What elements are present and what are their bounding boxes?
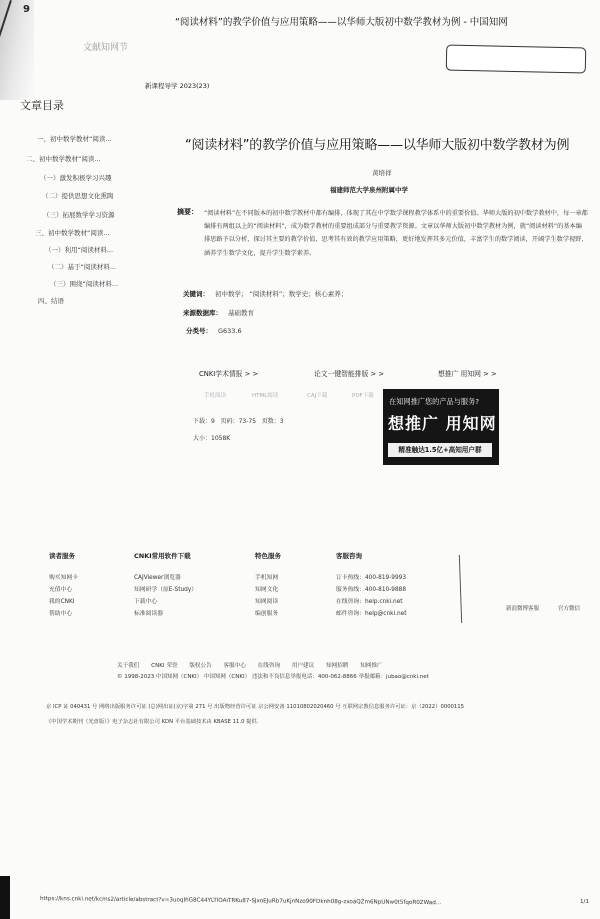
toc-item[interactable]: 四、结语	[38, 296, 64, 305]
toc-item[interactable]: （二）基于“阅读材料...	[48, 262, 116, 271]
bottom-link[interactable]: CNKI 荣誉	[151, 663, 177, 669]
cnki-info-link[interactable]: CNKI学术情报 > >	[199, 368, 258, 378]
nav-knowledge-node[interactable]: 文献知网节	[83, 40, 128, 53]
database-label: 来源数据库：	[183, 309, 222, 317]
footer-link[interactable]: 购买知网卡	[49, 572, 78, 584]
classification-row: 分类号：G633.6	[186, 326, 242, 335]
page-range: 73-75	[239, 418, 256, 425]
kdn-notice: 《中国学术期刊（光盘版）》电子杂志社有限公司 KDN 平台基础技术由 KBASE…	[46, 717, 258, 725]
downloads-count: 9	[211, 418, 215, 425]
footer-link[interactable]: 在线咨询：help.cnki.net	[336, 596, 407, 608]
bottom-link[interactable]: 知网推广	[360, 663, 382, 669]
footer-featured: 特色服务 手机知网 知网文化 知网阅读 编创服务	[255, 551, 281, 620]
bottom-link[interactable]: 知网招聘	[326, 663, 348, 669]
keywords[interactable]: 初中数学； “阅读材料”；数学史；核心素养；	[215, 290, 347, 298]
toc-item[interactable]: （三）围绕“阅读材料...	[50, 279, 118, 288]
toc-item[interactable]: 三、初中数学教材“阅读...	[35, 228, 110, 237]
abstract-text: “阅读材料”在不同版本的初中数学教材中都有编排，体现了其在中学数学课程教学体系中…	[204, 207, 588, 260]
ad-tagline: 精准触达1.5亿+高知用户群	[388, 443, 492, 457]
footer-link[interactable]: 邮件咨询：help@cnki.net	[336, 608, 407, 620]
bottom-link[interactable]: 版权公告	[189, 663, 211, 669]
bottom-link[interactable]: 在线咨询	[258, 663, 280, 669]
toc-item[interactable]: （二）提供思想文化熏陶	[42, 191, 114, 200]
article-title: “阅读材料”的教学价值与应用策略——以华师大版初中数学教材为例	[185, 134, 569, 153]
bottom-link[interactable]: 关于我们	[117, 663, 139, 669]
classification-value: G633.6	[218, 327, 242, 335]
footer-link[interactable]: 标准阅读器	[134, 608, 197, 620]
toc-item[interactable]: （三）拓展数学学习资源	[43, 210, 115, 219]
ad-headline: 想推广 用知网	[388, 411, 497, 434]
print-url: https://kns.cnki.net/kcms2/article/abstr…	[40, 896, 441, 906]
affiliation-link[interactable]: 福建师范大学泉州附属中学	[330, 185, 408, 194]
caj-download-button[interactable]: CAJ下载	[307, 391, 327, 399]
footer-reader-services: 读者服务 购买知网卡 充值中心 我的CNKI 帮助中心	[49, 551, 78, 620]
html-read-button[interactable]: HTML阅读	[252, 391, 278, 399]
page-count: 3	[280, 418, 284, 425]
wechat-link[interactable]: 官方微信	[558, 604, 580, 612]
weibo-link[interactable]: 新浪微博客服	[506, 604, 539, 612]
typesetting-link[interactable]: 论文一键智能排版 > >	[314, 368, 384, 378]
keywords-row: 关键词：初中数学； “阅读材料”；数学史；核心素养；	[183, 289, 347, 298]
footer-link[interactable]: 服务热线：400-810-9888	[336, 584, 407, 596]
classification-label: 分类号：	[186, 327, 212, 335]
footer-link[interactable]: 编创服务	[255, 608, 281, 620]
author-link[interactable]: 黄培祥	[372, 168, 392, 177]
footer-link[interactable]: 订卡热线：400-819-9993	[336, 572, 407, 584]
footer-support: 客服咨询 订卡热线：400-819-9993 服务热线：400-810-9888…	[336, 551, 407, 620]
footer-link[interactable]: 知网阅读	[255, 596, 281, 608]
footer-link[interactable]: 下载中心	[134, 596, 197, 608]
footer-link[interactable]: 知网研学（原E-Study）	[134, 584, 197, 596]
footer-link[interactable]: 帮助中心	[49, 608, 78, 620]
mobile-read-button[interactable]: 手机阅读	[204, 391, 226, 399]
footer-link[interactable]: 知网文化	[255, 584, 281, 596]
file-size: 大小：1058K	[193, 433, 230, 442]
scan-page-number: 9	[23, 4, 30, 15]
database-value: 基础教育	[228, 309, 254, 317]
article-stats: 下载：9 页码：73-75 页数：3	[193, 416, 284, 425]
copyright: © 1998-2023 中国知网（CNKI） 中国知网（CNKI） 违法和不良信…	[117, 672, 429, 680]
journal-issue[interactable]: 新课程导学 2023(23)	[145, 81, 209, 90]
browser-title: “阅读材料”的教学价值与应用策略——以华师大版初中数学教材为例 - 中国知网	[175, 14, 508, 28]
footer-link[interactable]: 充值中心	[49, 584, 78, 596]
scan-bottom-shadow	[0, 876, 10, 919]
toc-title: 文章目录	[20, 97, 64, 113]
abstract-label: 摘要：	[177, 207, 198, 217]
icp-license: 京 ICP 证 040431 号 网络出版服务许可证 (总)网出证(京)字第 2…	[46, 702, 464, 710]
toc-item[interactable]: （一）利用“阅读材料...	[45, 245, 113, 254]
bottom-link[interactable]: 客服中心	[224, 663, 246, 669]
toc-item[interactable]: （一）激发积极学习兴趣	[40, 173, 112, 182]
promote-link[interactable]: 想推广 用知网 > >	[438, 368, 497, 378]
footer-software: CNKI常用软件下载 CAJViewer浏览器 知网研学（原E-Study） 下…	[134, 551, 197, 620]
search-input[interactable]	[446, 45, 587, 74]
toc-item[interactable]: 一、初中数学教材“阅读...	[37, 134, 112, 143]
footer-link[interactable]: 手机知网	[255, 572, 281, 584]
bottom-links: 关于我们 CNKI 荣誉 版权公告 客服中心 在线咨询 用户建议 知网招聘 知网…	[117, 661, 393, 669]
ad-banner[interactable]: 在知网推广您的产品与服务? 想推广 用知网 精准触达1.5亿+高知用户群	[383, 389, 499, 465]
pdf-download-button[interactable]: PDF下载	[352, 391, 374, 399]
footer-divider	[459, 555, 462, 623]
footer-link[interactable]: CAJViewer浏览器	[134, 572, 197, 584]
toc-item[interactable]: 二、初中数学教材“阅读...	[26, 154, 101, 163]
ad-subtitle: 在知网推广您的产品与服务?	[389, 397, 479, 407]
print-page-count: 1/1	[580, 899, 589, 905]
database-row: 来源数据库：基础教育	[183, 308, 254, 317]
footer-link[interactable]: 我的CNKI	[49, 596, 78, 608]
keywords-label: 关键词：	[183, 290, 209, 298]
bottom-link[interactable]: 用户建议	[292, 663, 314, 669]
